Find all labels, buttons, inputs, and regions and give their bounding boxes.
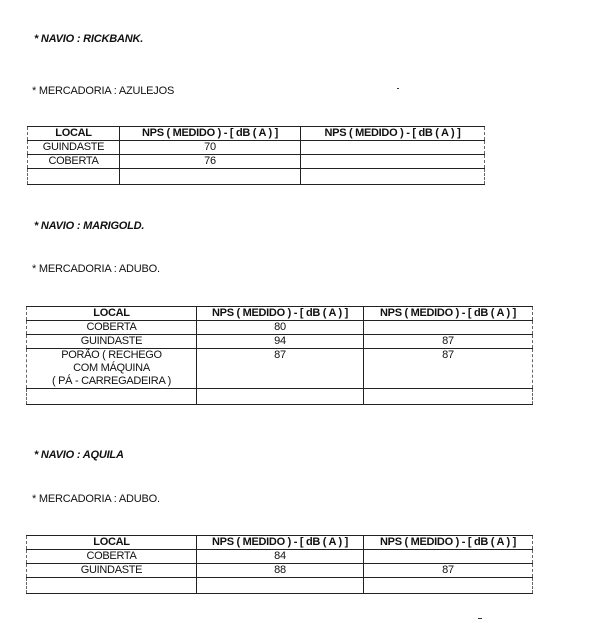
nps-table-marigold: LOCAL NPS ( MEDIDO ) - [ dB ( A ) ] NPS … [26,306,533,405]
table-header-row: LOCAL NPS ( MEDIDO ) - [ dB ( A ) ] NPS … [27,307,533,321]
cell-nps-2 [301,155,485,169]
header-local: LOCAL [27,307,197,321]
cell-local [27,389,197,405]
table-row: COBERTA 80 [27,321,533,335]
cell-nps-2 [301,141,485,155]
cell-nps-2 [364,321,533,335]
navio-title-rickbank: * NAVIO : RICKBANK. [34,33,143,45]
cell-nps-1: 88 [197,564,364,578]
cell-nps-1: 80 [197,321,364,335]
header-nps-2: NPS ( MEDIDO ) - [ dB ( A ) ] [364,536,533,550]
cell-nps-1: 70 [120,141,301,155]
cell-nps-1: 87 [197,349,364,389]
local-line: COM MÁQUINA [27,362,196,375]
cell-nps-1 [120,169,301,185]
cell-local: COBERTA [27,321,197,335]
table-header-row: LOCAL NPS ( MEDIDO ) - [ dB ( A ) ] NPS … [27,536,533,550]
cell-nps-2: 87 [364,564,533,578]
cell-nps-2: 87 [364,335,533,349]
cell-nps-2: 87 [364,349,533,389]
cell-nps-2 [364,578,533,594]
cell-nps-1: 76 [120,155,301,169]
cell-local: GUINDASTE [27,564,197,578]
table-row-empty [27,389,533,405]
scan-speck [478,618,482,619]
table-row: COBERTA 84 [27,550,533,564]
cell-nps-1: 94 [197,335,364,349]
cell-local: COBERTA [28,155,120,169]
nps-table-rickbank: LOCAL NPS ( MEDIDO ) - [ dB ( A ) ] NPS … [27,126,485,185]
table-row: GUINDASTE 94 87 [27,335,533,349]
header-nps-2: NPS ( MEDIDO ) - [ dB ( A ) ] [301,127,485,141]
cell-local [27,578,197,594]
header-local: LOCAL [27,536,197,550]
cell-local: COBERTA [27,550,197,564]
scan-speck [397,88,399,89]
table-row: GUINDASTE 88 87 [27,564,533,578]
mercadoria-label-adubo: * MERCADORIA : ADUBO. [32,263,160,275]
header-nps-1: NPS ( MEDIDO ) - [ dB ( A ) ] [120,127,301,141]
local-line: ( PÁ - CARREGADEIRA ) [27,375,196,388]
nps-table-aquila: LOCAL NPS ( MEDIDO ) - [ dB ( A ) ] NPS … [26,535,533,594]
mercadoria-label-azulejos: * MERCADORIA : AZULEJOS [32,85,174,97]
header-local: LOCAL [28,127,120,141]
local-line: PORÃO ( RECHEGO [27,349,196,362]
cell-nps-1: 84 [197,550,364,564]
cell-nps-2 [301,169,485,185]
table-row: PORÃO ( RECHEGO COM MÁQUINA ( PÁ - CARRE… [27,349,533,389]
cell-nps-1 [197,389,364,405]
header-nps-1: NPS ( MEDIDO ) - [ dB ( A ) ] [197,536,364,550]
cell-local-multiline: PORÃO ( RECHEGO COM MÁQUINA ( PÁ - CARRE… [27,349,197,389]
table-row-empty [28,169,485,185]
table-row: COBERTA 76 [28,155,485,169]
navio-title-marigold: * NAVIO : MARIGOLD. [34,220,144,232]
cell-local: GUINDASTE [27,335,197,349]
header-nps-1: NPS ( MEDIDO ) - [ dB ( A ) ] [197,307,364,321]
table-header-row: LOCAL NPS ( MEDIDO ) - [ dB ( A ) ] NPS … [28,127,485,141]
table-row: GUINDASTE 70 [28,141,485,155]
header-nps-2: NPS ( MEDIDO ) - [ dB ( A ) ] [364,307,533,321]
navio-title-aquila: * NAVIO : AQUILA [34,449,124,461]
mercadoria-label-adubo: * MERCADORIA : ADUBO. [32,493,160,505]
cell-local [28,169,120,185]
cell-nps-2 [364,389,533,405]
cell-nps-2 [364,550,533,564]
table-row-empty [27,578,533,594]
cell-nps-1 [197,578,364,594]
cell-local: GUINDASTE [28,141,120,155]
